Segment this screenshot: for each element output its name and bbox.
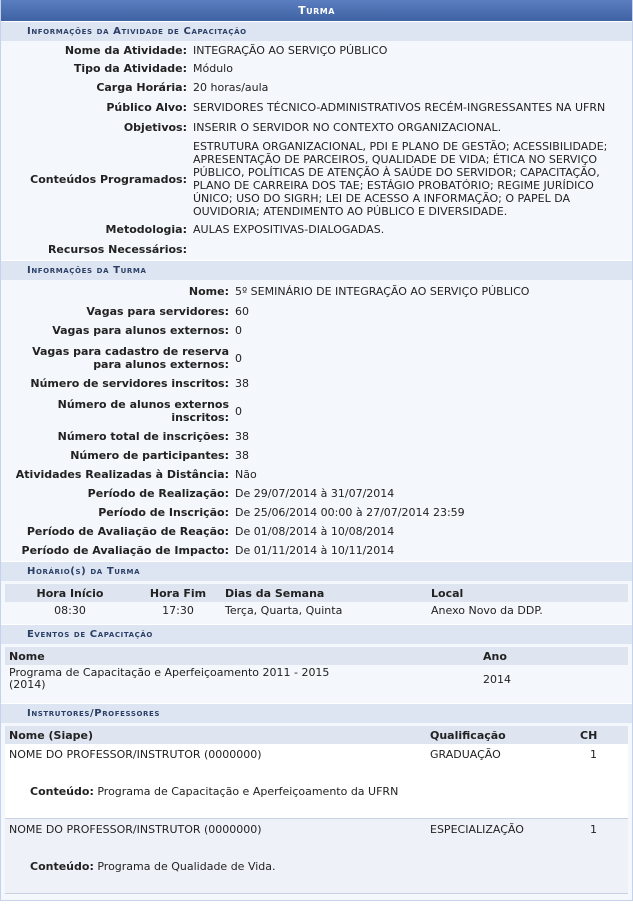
value-periodo-inscricao: De 25/06/2014 00:00 à 27/07/2014 23:59 xyxy=(233,502,632,521)
horarios-section: Hora Início Hora Fim Dias da Semana Loca… xyxy=(1,581,632,624)
value-nome-turma: 5º SEMINÁRIO DE INTEGRAÇÃO AO SERVIÇO PÚ… xyxy=(233,282,632,301)
horario-row: 08:30 17:30 Terça, Quarta, Quinta Anexo … xyxy=(5,602,628,619)
eventos-header: Nome Ano xyxy=(5,647,628,665)
section-heading-turma: Informações da Turma xyxy=(1,260,632,280)
evento-row: Programa de Capacitação e Aperfeiçoament… xyxy=(5,665,628,693)
value-participantes: 38 xyxy=(233,445,632,464)
instrutor-conteudo-row: Conteúdo: Programa de Capacitação e Aper… xyxy=(5,763,628,819)
section-heading-horarios: Horário(s) da Turma xyxy=(1,561,632,581)
hora-fim: 17:30 xyxy=(135,602,221,619)
label-vagas-reserva: Vagas para cadastro de reserva para alun… xyxy=(1,339,233,372)
col-ano: Ano xyxy=(479,647,628,665)
label-conteudos: Conteúdos Programados: xyxy=(1,135,191,219)
label-publico: Público Alvo: xyxy=(1,96,191,115)
instrutores-header: Nome (Siape) Qualificação CH xyxy=(5,726,628,744)
instrutor-row: NOME DO PROFESSOR/INSTRUTOR (0000000) GR… xyxy=(5,744,628,763)
label-distancia: Atividades Realizadas à Distância: xyxy=(1,464,233,483)
value-tipo: Módulo xyxy=(191,58,632,77)
atividade-table: Nome da Atividade: INTEGRAÇÃO AO SERVIÇO… xyxy=(1,43,632,257)
label-tipo: Tipo da Atividade: xyxy=(1,58,191,77)
turma-table: Nome:5º SEMINÁRIO DE INTEGRAÇÃO AO SERVI… xyxy=(1,282,632,559)
panel-title: Turma xyxy=(1,0,632,21)
label-avaliacao-impacto: Período de Avaliação de Impacto: xyxy=(1,540,233,559)
col-qualificacao: Qualificação xyxy=(426,726,576,744)
eventos-table: Nome Ano Programa de Capacitação e Aperf… xyxy=(5,647,628,693)
value-recursos xyxy=(191,237,632,257)
turma-panel: Turma Informações da Atividade de Capaci… xyxy=(0,0,633,901)
instrutor-nome: NOME DO PROFESSOR/INSTRUTOR (0000000) xyxy=(5,744,426,763)
instrutor-qualificacao: ESPECIALIZAÇÃO xyxy=(426,819,576,839)
value-periodo-realizacao: De 29/07/2014 à 31/07/2014 xyxy=(233,483,632,502)
value-servidores-inscritos: 38 xyxy=(233,372,632,393)
horarios-table: Hora Início Hora Fim Dias da Semana Loca… xyxy=(5,584,628,619)
conteudo-value: Programa de Qualidade de Vida. xyxy=(97,860,275,873)
conteudo-value: Programa de Capacitação e Aperfeiçoament… xyxy=(97,785,398,798)
local: Anexo Novo da DDP. xyxy=(427,602,628,619)
turma-section: Nome:5º SEMINÁRIO DE INTEGRAÇÃO AO SERVI… xyxy=(1,280,632,561)
instrutor-row: NOME DO PROFESSOR/INSTRUTOR (0000000) ES… xyxy=(5,819,628,839)
instrutor-ch: 1 xyxy=(576,744,628,763)
value-avaliacao-reacao: De 01/08/2014 à 10/08/2014 xyxy=(233,521,632,540)
label-periodo-realizacao: Período de Realização: xyxy=(1,483,233,502)
instrutor-nome: NOME DO PROFESSOR/INSTRUTOR (0000000) xyxy=(5,819,426,839)
value-avaliacao-impacto: De 01/11/2014 à 10/11/2014 xyxy=(233,540,632,559)
col-local: Local xyxy=(427,584,628,602)
value-carga: 20 horas/aula xyxy=(191,77,632,96)
horarios-header: Hora Início Hora Fim Dias da Semana Loca… xyxy=(5,584,628,602)
value-objetivos: INSERIR O SERVIDOR NO CONTEXTO ORGANIZAC… xyxy=(191,115,632,135)
label-participantes: Número de participantes: xyxy=(1,445,233,464)
col-hora-fim: Hora Fim xyxy=(135,584,221,602)
value-conteudos: ESTRUTURA ORGANIZACIONAL, PDI E PLANO DE… xyxy=(191,135,632,219)
value-vagas-reserva: 0 xyxy=(233,339,632,372)
col-nome-evento: Nome xyxy=(5,647,479,665)
label-servidores-inscritos: Número de servidores inscritos: xyxy=(1,372,233,393)
instrutor-qualificacao: GRADUAÇÃO xyxy=(426,744,576,763)
conteudo-label: Conteúdo: xyxy=(30,785,94,798)
section-heading-atividade: Informações da Atividade de Capacitação xyxy=(1,21,632,41)
col-hora-inicio: Hora Início xyxy=(5,584,135,602)
label-metodologia: Metodologia: xyxy=(1,219,191,237)
atividade-section: Nome da Atividade: INTEGRAÇÃO AO SERVIÇO… xyxy=(1,41,632,260)
hora-inicio: 08:30 xyxy=(5,602,135,619)
value-metodologia: AULAS EXPOSITIVAS-DIALOGADAS. xyxy=(191,219,632,237)
section-heading-eventos: Eventos de Capacitação xyxy=(1,624,632,644)
eventos-section: Nome Ano Programa de Capacitação e Aperf… xyxy=(1,644,632,703)
instrutores-table: Nome (Siape) Qualificação CH NOME DO PRO… xyxy=(5,726,628,894)
evento-ano: 2014 xyxy=(479,665,628,693)
conteudo-label: Conteúdo: xyxy=(30,860,94,873)
col-ch: CH xyxy=(576,726,628,744)
label-vagas-servidores: Vagas para servidores: xyxy=(1,301,233,320)
value-externos-inscritos: 0 xyxy=(233,393,632,425)
dias-semana: Terça, Quarta, Quinta xyxy=(221,602,427,619)
label-avaliacao-reacao: Período de Avaliação de Reação: xyxy=(1,521,233,540)
value-publico: SERVIDORES TÉCNICO-ADMINISTRATIVOS RECÉM… xyxy=(191,96,632,115)
label-periodo-inscricao: Período de Inscrição: xyxy=(1,502,233,521)
label-nome-turma: Nome: xyxy=(1,282,233,301)
label-objetivos: Objetivos: xyxy=(1,115,191,135)
label-carga: Carga Horária: xyxy=(1,77,191,96)
col-dias: Dias da Semana xyxy=(221,584,427,602)
value-vagas-externos: 0 xyxy=(233,320,632,339)
label-vagas-externos: Vagas para alunos externos: xyxy=(1,320,233,339)
section-heading-instrutores: Instrutores/Professores xyxy=(1,703,632,723)
evento-nome: Programa de Capacitação e Aperfeiçoament… xyxy=(5,665,479,693)
value-vagas-servidores: 60 xyxy=(233,301,632,320)
label-externos-inscritos: Número de alunos externos inscritos: xyxy=(1,393,233,425)
field-nome-atividade: Nome da Atividade: INTEGRAÇÃO AO SERVIÇO… xyxy=(1,43,632,58)
value-total-inscricoes: 38 xyxy=(233,425,632,445)
instrutores-section: Nome (Siape) Qualificação CH NOME DO PRO… xyxy=(1,723,632,900)
label-total-inscricoes: Número total de inscrições: xyxy=(1,425,233,445)
instrutor-conteudo-row: Conteúdo: Programa de Qualidade de Vida. xyxy=(5,838,628,894)
instrutor-ch: 1 xyxy=(576,819,628,839)
label-recursos: Recursos Necessários: xyxy=(1,237,191,257)
col-nome-siape: Nome (Siape) xyxy=(5,726,426,744)
value-distancia: Não xyxy=(233,464,632,483)
